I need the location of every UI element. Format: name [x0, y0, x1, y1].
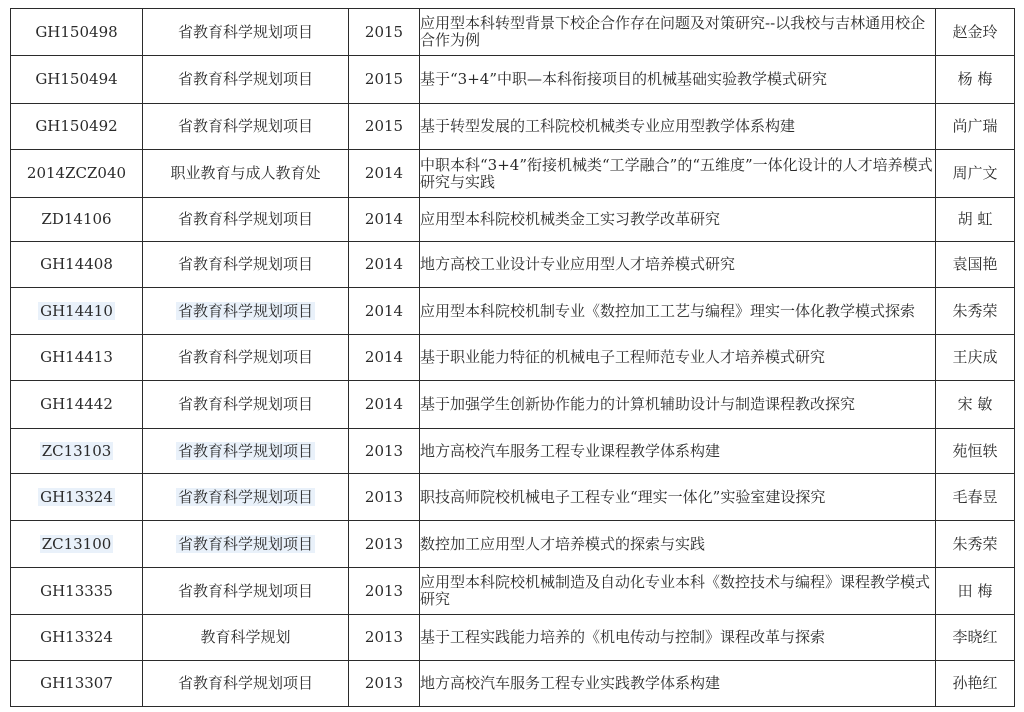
project-year: 2014 [365, 164, 403, 182]
project-leader: 孙艳红 [952, 674, 997, 692]
project-source-cell: 省教育科学规划项目 [143, 198, 349, 242]
project-year: 2013 [365, 674, 403, 692]
project-year: 2014 [365, 255, 403, 273]
project-title: 基于“3+4”中职—本科衔接项目的机械基础实验教学模式研究 [420, 70, 827, 88]
project-leader-cell: 李晓红 [936, 615, 1015, 661]
table-row: GH150498 省教育科学规划项目 2015 应用型本科转型背景下校企合作存在… [11, 9, 1015, 56]
project-leader-cell: 孙艳红 [936, 661, 1015, 707]
project-title-cell: 应用型本科院校机制专业《数控加工工艺与编程》理实一体化教学模式探索 [420, 288, 936, 335]
project-title-cell: 基于“3+4”中职—本科衔接项目的机械基础实验教学模式研究 [420, 56, 936, 104]
project-year: 2014 [365, 302, 403, 320]
project-code: 2014ZCZ040 [27, 164, 126, 182]
project-title: 基于工程实践能力培养的《机电传动与控制》课程改革与探索 [420, 628, 825, 646]
project-code-cell: GH14442 [11, 381, 143, 429]
project-title-cell: 应用型本科院校机械制造及自动化专业本科《数控技术与编程》课程教学模式研究 [420, 568, 936, 615]
project-title: 地方高校汽车服务工程专业实践教学体系构建 [420, 674, 720, 692]
project-year: 2013 [365, 535, 403, 553]
project-year: 2014 [365, 210, 403, 228]
project-year: 2015 [365, 70, 403, 88]
table-row: ZC13103 省教育科学规划项目 2013 地方高校汽车服务工程专业课程教学体… [11, 429, 1015, 474]
project-year: 2014 [365, 395, 403, 413]
project-title-cell: 应用型本科院校机械类金工实习教学改革研究 [420, 198, 936, 242]
project-leader: 田 梅 [958, 582, 993, 600]
table-row: GH13324 省教育科学规划项目 2013 职技高师院校机械电子工程专业“理实… [11, 474, 1015, 521]
project-code: GH14442 [40, 395, 113, 413]
project-leader-cell: 田 梅 [936, 568, 1015, 615]
project-source: 教育科学规划 [200, 628, 290, 646]
project-year-cell: 2014 [349, 335, 420, 381]
project-leader: 毛春昱 [952, 488, 997, 506]
project-source: 省教育科学规划项目 [176, 488, 315, 506]
project-code: GH14410 [38, 302, 115, 320]
project-code-cell: ZC13100 [11, 521, 143, 568]
project-code-cell: GH150494 [11, 56, 143, 104]
project-title-cell: 应用型本科转型背景下校企合作存在问题及对策研究--以我校与吉林通用校企合作为例 [420, 9, 936, 56]
project-source-cell: 省教育科学规划项目 [143, 9, 349, 56]
project-year-cell: 2015 [349, 104, 420, 150]
project-source-cell: 省教育科学规划项目 [143, 288, 349, 335]
project-title: 地方高校工业设计专业应用型人才培养模式研究 [420, 255, 735, 273]
project-code: GH14408 [40, 255, 113, 273]
project-leader: 胡 虹 [958, 210, 993, 228]
project-code-cell: GH14413 [11, 335, 143, 381]
project-title-cell: 职技高师院校机械电子工程专业“理实一体化”实验室建设探究 [420, 474, 936, 521]
project-source: 省教育科学规划项目 [178, 255, 313, 273]
table-row: ZC13100 省教育科学规划项目 2013 数控加工应用型人才培养模式的探索与… [11, 521, 1015, 568]
project-year-cell: 2014 [349, 288, 420, 335]
project-title: 职技高师院校机械电子工程专业“理实一体化”实验室建设探究 [420, 488, 825, 506]
project-year: 2013 [365, 582, 403, 600]
project-year-cell: 2013 [349, 615, 420, 661]
project-leader-cell: 周广文 [936, 150, 1015, 198]
project-source: 省教育科学规划项目 [178, 70, 313, 88]
table-row: GH13335 省教育科学规划项目 2013 应用型本科院校机械制造及自动化专业… [11, 568, 1015, 615]
project-source: 省教育科学规划项目 [178, 210, 313, 228]
project-source: 省教育科学规划项目 [178, 117, 313, 135]
project-code: GH13324 [38, 488, 115, 506]
project-title: 应用型本科转型背景下校企合作存在问题及对策研究--以我校与吉林通用校企合作为例 [420, 14, 925, 49]
table-row: ZD14106 省教育科学规划项目 2014 应用型本科院校机械类金工实习教学改… [11, 198, 1015, 242]
table-row: 2014ZCZ040 职业教育与成人教育处 2014 中职本科“3+4”衔接机械… [11, 150, 1015, 198]
project-code: GH150498 [35, 23, 117, 41]
project-code: ZC13103 [40, 442, 114, 460]
project-title: 应用型本科院校机制专业《数控加工工艺与编程》理实一体化教学模式探索 [420, 302, 915, 320]
project-code-cell: GH14408 [11, 242, 143, 288]
project-title-cell: 基于工程实践能力培养的《机电传动与控制》课程改革与探索 [420, 615, 936, 661]
project-source: 省教育科学规划项目 [178, 23, 313, 41]
project-code: GH13324 [40, 628, 113, 646]
project-title: 基于转型发展的工科院校机械类专业应用型教学体系构建 [420, 117, 795, 135]
project-source-cell: 省教育科学规划项目 [143, 474, 349, 521]
project-source-cell: 职业教育与成人教育处 [143, 150, 349, 198]
project-source-cell: 省教育科学规划项目 [143, 335, 349, 381]
project-leader-cell: 朱秀荣 [936, 521, 1015, 568]
project-source: 省教育科学规划项目 [176, 302, 315, 320]
project-year-cell: 2014 [349, 150, 420, 198]
project-title-cell: 基于加强学生创新协作能力的计算机辅助设计与制造课程教改探究 [420, 381, 936, 429]
project-year: 2013 [365, 628, 403, 646]
table-row: GH13307 省教育科学规划项目 2013 地方高校汽车服务工程专业实践教学体… [11, 661, 1015, 707]
project-source-cell: 省教育科学规划项目 [143, 381, 349, 429]
project-leader-cell: 毛春昱 [936, 474, 1015, 521]
project-source: 省教育科学规划项目 [176, 535, 315, 553]
project-year-cell: 2013 [349, 661, 420, 707]
table-row: GH150494 省教育科学规划项目 2015 基于“3+4”中职—本科衔接项目… [11, 56, 1015, 104]
project-title-cell: 地方高校工业设计专业应用型人才培养模式研究 [420, 242, 936, 288]
table-body: GH150498 省教育科学规划项目 2015 应用型本科转型背景下校企合作存在… [11, 9, 1015, 707]
project-source-cell: 省教育科学规划项目 [143, 661, 349, 707]
table-row: GH14442 省教育科学规划项目 2014 基于加强学生创新协作能力的计算机辅… [11, 381, 1015, 429]
project-leader: 尚广瑞 [952, 117, 997, 135]
project-year: 2013 [365, 442, 403, 460]
project-code-cell: GH13335 [11, 568, 143, 615]
project-year-cell: 2013 [349, 521, 420, 568]
project-leader-cell: 杨 梅 [936, 56, 1015, 104]
project-title: 数控加工应用型人才培养模式的探索与实践 [420, 535, 705, 553]
project-code: ZC13100 [40, 535, 114, 553]
table-row: GH13324 教育科学规划 2013 基于工程实践能力培养的《机电传动与控制》… [11, 615, 1015, 661]
project-title: 应用型本科院校机械类金工实习教学改革研究 [420, 210, 720, 228]
project-code-cell: GH150498 [11, 9, 143, 56]
project-year: 2015 [365, 117, 403, 135]
project-source: 职业教育与成人教育处 [170, 164, 320, 182]
project-code: GH150494 [35, 70, 117, 88]
project-code-cell: GH13307 [11, 661, 143, 707]
project-leader-cell: 赵金玲 [936, 9, 1015, 56]
project-source-cell: 省教育科学规划项目 [143, 242, 349, 288]
project-source: 省教育科学规划项目 [178, 348, 313, 366]
project-code: GH13307 [40, 674, 113, 692]
project-source-cell: 省教育科学规划项目 [143, 104, 349, 150]
project-leader: 杨 梅 [958, 70, 993, 88]
project-title: 地方高校汽车服务工程专业课程教学体系构建 [420, 442, 720, 460]
project-source: 省教育科学规划项目 [178, 674, 313, 692]
table-row: GH14408 省教育科学规划项目 2014 地方高校工业设计专业应用型人才培养… [11, 242, 1015, 288]
table-row: GH14413 省教育科学规划项目 2014 基于职业能力特征的机械电子工程师范… [11, 335, 1015, 381]
research-projects-table: GH150498 省教育科学规划项目 2015 应用型本科转型背景下校企合作存在… [10, 8, 1015, 707]
project-source: 省教育科学规划项目 [178, 582, 313, 600]
project-code-cell: ZD14106 [11, 198, 143, 242]
project-source-cell: 省教育科学规划项目 [143, 568, 349, 615]
project-year-cell: 2014 [349, 242, 420, 288]
project-year-cell: 2013 [349, 568, 420, 615]
project-code-cell: GH13324 [11, 474, 143, 521]
project-code-cell: GH14410 [11, 288, 143, 335]
table-row: GH150492 省教育科学规划项目 2015 基于转型发展的工科院校机械类专业… [11, 104, 1015, 150]
project-source-cell: 省教育科学规划项目 [143, 56, 349, 104]
project-leader-cell: 袁国艳 [936, 242, 1015, 288]
project-title-cell: 地方高校汽车服务工程专业课程教学体系构建 [420, 429, 936, 474]
project-year-cell: 2014 [349, 198, 420, 242]
project-leader: 宋 敏 [958, 395, 993, 413]
project-source-cell: 教育科学规划 [143, 615, 349, 661]
project-leader-cell: 尚广瑞 [936, 104, 1015, 150]
project-leader-cell: 胡 虹 [936, 198, 1015, 242]
project-leader: 王庆成 [952, 348, 997, 366]
project-leader: 袁国艳 [952, 255, 997, 273]
project-source-cell: 省教育科学规划项目 [143, 521, 349, 568]
project-year-cell: 2015 [349, 56, 420, 104]
project-source-cell: 省教育科学规划项目 [143, 429, 349, 474]
project-code-cell: ZC13103 [11, 429, 143, 474]
project-leader: 苑恒轶 [952, 442, 997, 460]
project-code: GH14413 [40, 348, 113, 366]
project-title: 基于加强学生创新协作能力的计算机辅助设计与制造课程教改探究 [420, 395, 855, 413]
project-code: ZD14106 [41, 210, 111, 228]
project-title-cell: 基于转型发展的工科院校机械类专业应用型教学体系构建 [420, 104, 936, 150]
project-code: GH150492 [35, 117, 117, 135]
project-year-cell: 2015 [349, 9, 420, 56]
project-source: 省教育科学规划项目 [176, 442, 315, 460]
project-leader-cell: 朱秀荣 [936, 288, 1015, 335]
project-leader: 赵金玲 [952, 23, 997, 41]
project-leader-cell: 苑恒轶 [936, 429, 1015, 474]
project-year: 2015 [365, 23, 403, 41]
project-leader: 李晓红 [952, 628, 997, 646]
project-source: 省教育科学规划项目 [178, 395, 313, 413]
project-code: GH13335 [40, 582, 113, 600]
project-year-cell: 2014 [349, 381, 420, 429]
project-year-cell: 2013 [349, 474, 420, 521]
project-leader: 朱秀荣 [952, 302, 997, 320]
table-row: GH14410 省教育科学规划项目 2014 应用型本科院校机制专业《数控加工工… [11, 288, 1015, 335]
project-year: 2014 [365, 348, 403, 366]
project-title: 中职本科“3+4”衔接机械类“工学融合”的“五维度”一体化设计的人才培养模式研究… [420, 156, 933, 191]
project-leader-cell: 宋 敏 [936, 381, 1015, 429]
project-title-cell: 数控加工应用型人才培养模式的探索与实践 [420, 521, 936, 568]
project-year: 2013 [365, 488, 403, 506]
project-year-cell: 2013 [349, 429, 420, 474]
project-title-cell: 地方高校汽车服务工程专业实践教学体系构建 [420, 661, 936, 707]
project-title: 应用型本科院校机械制造及自动化专业本科《数控技术与编程》课程教学模式研究 [420, 573, 930, 608]
project-title-cell: 中职本科“3+4”衔接机械类“工学融合”的“五维度”一体化设计的人才培养模式研究… [420, 150, 936, 198]
project-code-cell: GH150492 [11, 104, 143, 150]
project-title: 基于职业能力特征的机械电子工程师范专业人才培养模式研究 [420, 348, 825, 366]
project-code-cell: 2014ZCZ040 [11, 150, 143, 198]
project-leader: 周广文 [952, 164, 997, 182]
project-code-cell: GH13324 [11, 615, 143, 661]
project-leader-cell: 王庆成 [936, 335, 1015, 381]
project-leader: 朱秀荣 [952, 535, 997, 553]
project-title-cell: 基于职业能力特征的机械电子工程师范专业人才培养模式研究 [420, 335, 936, 381]
